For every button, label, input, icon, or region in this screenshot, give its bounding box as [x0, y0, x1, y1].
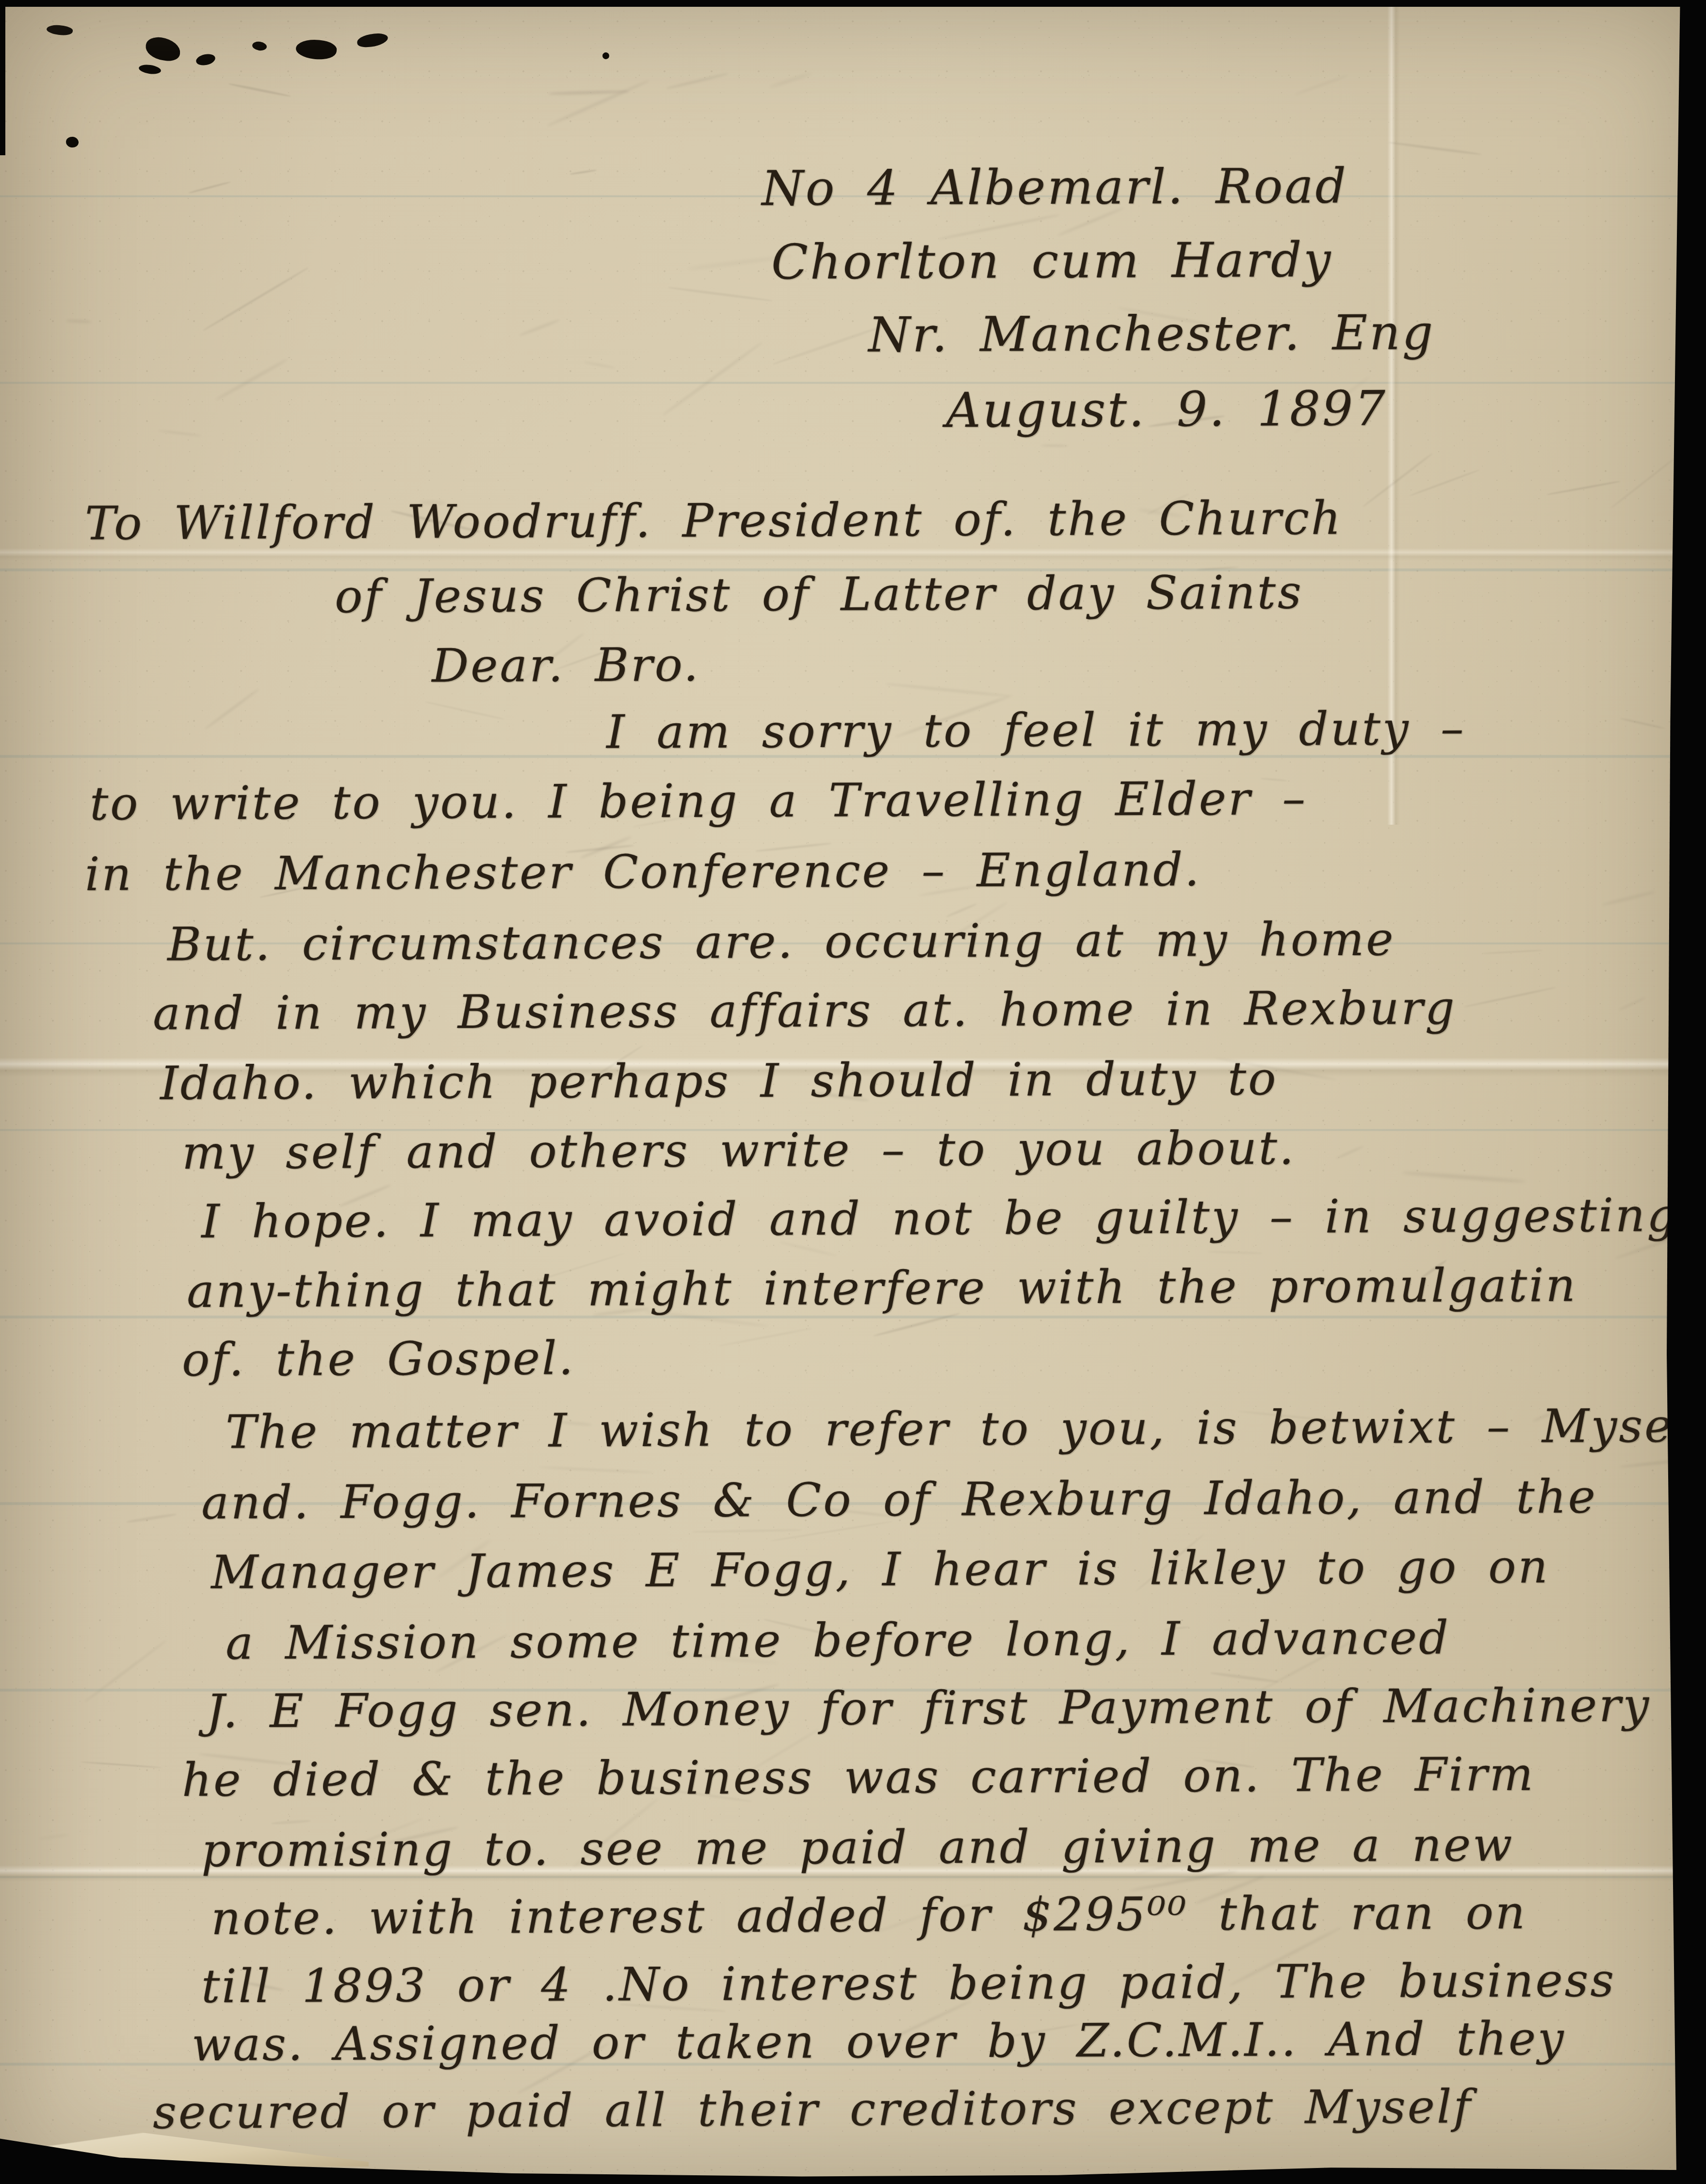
scanned-letter-page: No 4 Albemarl. RoadChorlton cum HardyNr.…	[0, 0, 1706, 2184]
scan-border-left	[0, 0, 5, 155]
scan-border-top	[0, 0, 1706, 7]
scan-vignette	[0, 0, 1706, 2184]
